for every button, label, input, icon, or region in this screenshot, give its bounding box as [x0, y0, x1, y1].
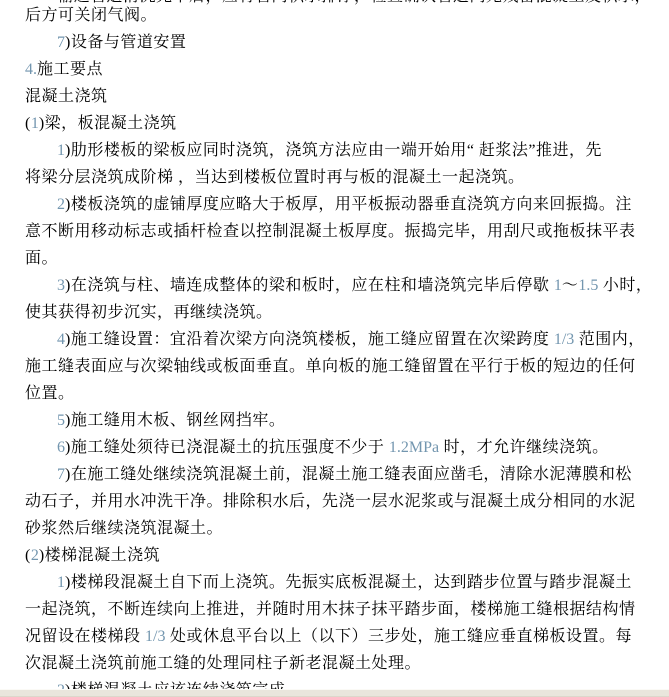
para-2-slab-thickness: 2)楼板浇筑的虚铺厚度应略大于板厚，用平板振动器垂直浇筑方向来回振捣。注意不断用…	[25, 191, 645, 272]
heading-4-construction-keypoints: 4.施工要点	[25, 56, 645, 83]
text-line: 3)在浇筑与柱、墙连成整体的梁和板时，应在柱和墙浇筑完毕后停歇 1～1.5 小时…	[25, 272, 645, 299]
text-line: 后方可关闭气阀。	[25, 2, 645, 29]
para-4-construction-joint-setting: 4)施工缝设置：宜沿着次梁方向浇筑楼板，施工缝应留置在次梁跨度 1/3 范围内，…	[25, 326, 645, 407]
latin-numeral-run: 1	[57, 574, 65, 591]
latin-numeral-run: 3	[57, 277, 65, 294]
text-line: 况留设在楼梯段 1/3 处或休息平台以上（以下）三步处，施工缝应垂直梯板设置。每	[25, 623, 645, 650]
latin-numeral-run: 4	[57, 331, 65, 348]
para-5-joint-blocking: 5)施工缝用木板、钢丝网挡牢。	[25, 407, 645, 434]
para-6-strength-requirement: 6)施工缝处须待已浇混凝土的抗压强度不少于 1.2MPa 时，才允许继续浇筑。	[25, 434, 645, 461]
text-line: 意不断用移动标志或插杆检查以控制混凝土板厚度。振捣完毕，用刮尺或拖板抹平表	[25, 218, 645, 245]
text-line: 砂浆然后继续浇筑混凝土。	[25, 515, 645, 542]
text-line: 使其获得初步沉实，再继续浇筑。	[25, 299, 645, 326]
text-line: 6)施工缝处须待已浇混凝土的抗压强度不少于 1.2MPa 时，才允许继续浇筑。	[25, 434, 645, 461]
latin-numeral-run: 2	[57, 196, 65, 213]
text-line: 7)在施工缝处继续浇筑混凝土前，混凝土施工缝表面应凿毛，清除水泥薄膜和松	[25, 461, 645, 488]
document-content: 后方可关闭气阀。7)设备与管道安置4.施工要点混凝土浇筑(1)梁，板混凝土浇筑1…	[25, 2, 645, 697]
latin-numeral-run: 7	[57, 34, 65, 51]
text-line: 面。	[25, 245, 645, 272]
latin-numeral-run: 4.	[25, 61, 37, 78]
latin-numeral-run: 1.5	[578, 277, 598, 294]
text-line: 4.施工要点	[25, 56, 645, 83]
latin-numeral-run: 1	[554, 277, 562, 294]
heading-2-stair-concrete-pouring: (2)楼梯混凝土浇筑	[25, 542, 645, 569]
text-line: 1)肋形楼板的梁板应同时浇筑，浇筑方法应由一端开始用“ 赶浆法”推进，先	[25, 137, 645, 164]
heading-1-beam-slab-pouring: (1)梁，板混凝土浇筑	[25, 110, 645, 137]
latin-numeral-run: 6	[57, 439, 65, 456]
document-page: 输送管道清洗完毕后，应将管内积水排净，检查确认管道内无残留混凝土及积水，然 后方…	[0, 0, 669, 697]
latin-numeral-run: 1/3	[145, 628, 165, 645]
text-line: 混凝土浇筑	[25, 83, 645, 110]
text-line: (2)楼梯混凝土浇筑	[25, 542, 645, 569]
para-item7-equipment-pipes: 7)设备与管道安置	[25, 29, 645, 56]
text-line: 2)楼板浇筑的虚铺厚度应略大于板厚，用平板振动器垂直浇筑方向来回振捣。注	[25, 191, 645, 218]
latin-numeral-run: 1/3	[554, 331, 574, 348]
latin-numeral-run: 1	[31, 115, 39, 132]
text-line: 动石子，并用水冲洗干净。排除积水后，先浇一层水泥浆或与混凝土成分相同的水泥	[25, 488, 645, 515]
text-line: 将梁分层浇筑成阶梯 ，当达到楼板位置时再与板的混凝土一起浇筑。	[25, 164, 645, 191]
text-line: (1)梁，板混凝土浇筑	[25, 110, 645, 137]
latin-numeral-run: 1	[57, 142, 65, 159]
para-7-joint-treatment: 7)在施工缝处继续浇筑混凝土前，混凝土施工缝表面应凿毛，清除水泥薄膜和松动石子，…	[25, 461, 645, 542]
para-1-ribbed-slab: 1)肋形楼板的梁板应同时浇筑，浇筑方法应由一端开始用“ 赶浆法”推进，先将梁分层…	[25, 137, 645, 191]
para-1-stair-section: 1)楼梯段混凝土自下而上浇筑。先振实底板混凝土，达到踏步位置与踏步混凝土一起浇筑…	[25, 569, 645, 677]
latin-numeral-run: 5	[57, 412, 65, 429]
latin-numeral-run: 2	[31, 547, 39, 564]
text-line: 1)楼梯段混凝土自下而上浇筑。先振实底板混凝土，达到踏步位置与踏步混凝土	[25, 569, 645, 596]
para-close-valve: 后方可关闭气阀。	[25, 2, 645, 29]
text-line: 次混凝土浇筑前施工缝的处理同柱子新老混凝土处理。	[25, 650, 645, 677]
latin-numeral-run: 7	[57, 466, 65, 483]
text-line: 4)施工缝设置：宜沿着次梁方向浇筑楼板，施工缝应留置在次梁跨度 1/3 范围内，	[25, 326, 645, 353]
text-line: 施工缝表面应与次梁轴线或板面垂直。单向板的施工缝留置在平行于板的短边的任何	[25, 353, 645, 380]
text-line: 7)设备与管道安置	[25, 29, 645, 56]
heading-concrete-pouring: 混凝土浇筑	[25, 83, 645, 110]
text-line: 一起浇筑，不断连续向上推进，并随时用木抹子抹平踏步面，楼梯施工缝根据结构情	[25, 596, 645, 623]
para-3-column-wall-pause: 3)在浇筑与柱、墙连成整体的梁和板时，应在柱和墙浇筑完毕后停歇 1～1.5 小时…	[25, 272, 645, 326]
latin-numeral-run: 1.2MPa	[389, 439, 439, 456]
window-bottom-edge	[0, 689, 669, 697]
text-line: 5)施工缝用木板、钢丝网挡牢。	[25, 407, 645, 434]
text-line: 位置。	[25, 380, 645, 407]
